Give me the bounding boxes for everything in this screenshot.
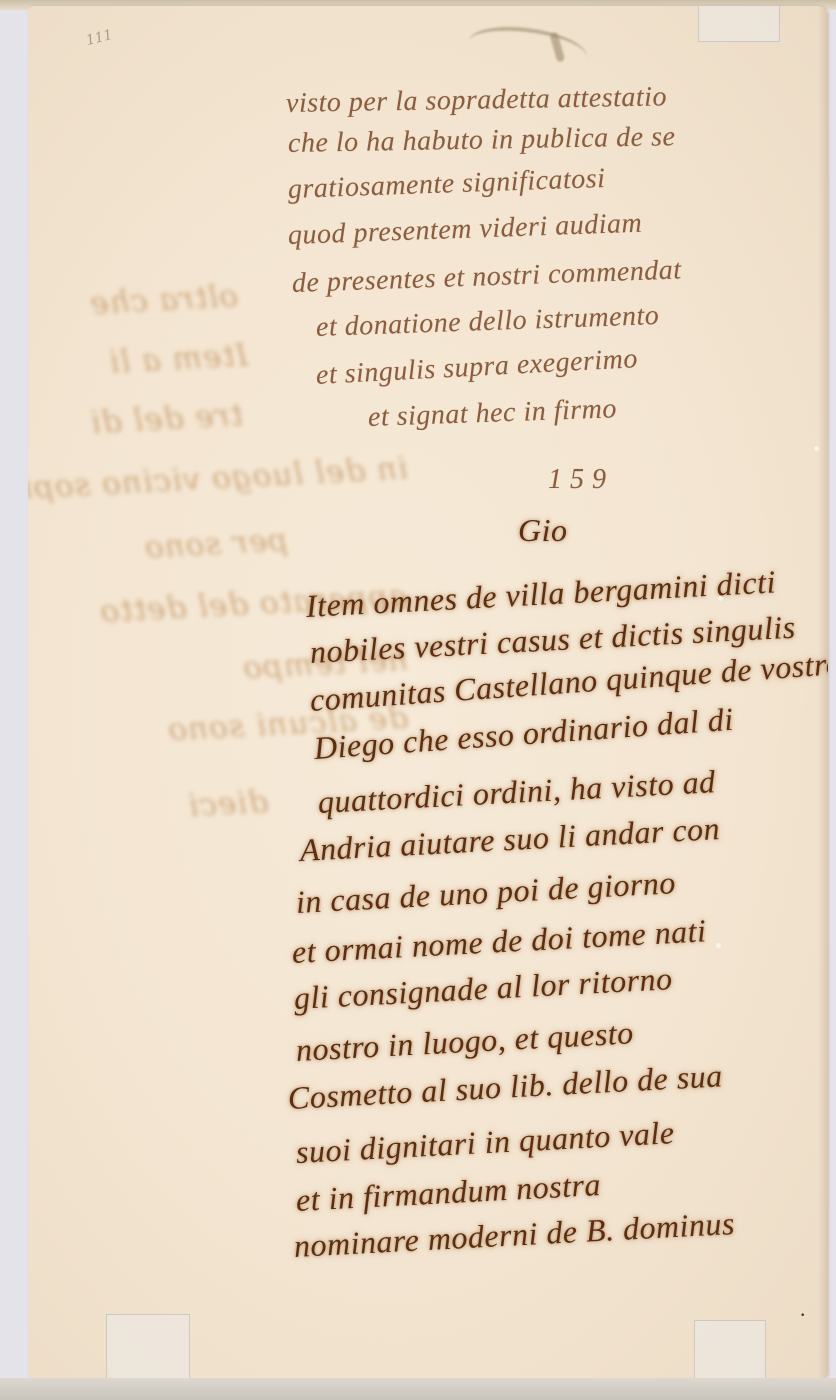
repair-tape — [106, 1314, 190, 1378]
manuscript-line: Cosmetto al suo lib. dello de sua — [287, 1057, 723, 1117]
manuscript-line: che lo ha habuto in publica de se — [288, 121, 676, 160]
scan-backing-bottom — [0, 1378, 836, 1400]
manuscript-line: gratiosamente significatosi — [287, 163, 606, 206]
manuscript-line: suoi dignitari in quanto vale — [295, 1114, 675, 1171]
manuscript-line: 1 5 9 — [548, 464, 607, 496]
bleed-through-line: per sono — [143, 522, 289, 565]
bleed-through-line: in del luogo vicino sopra — [28, 450, 409, 507]
bleed-through-line: dieci — [187, 784, 269, 824]
repair-tape — [698, 6, 780, 42]
bleed-through-line: Item a li — [108, 337, 249, 380]
manuscript-line: et in firmandum nostra — [295, 1166, 602, 1219]
repair-tape — [694, 1320, 766, 1378]
water-stain — [467, 24, 590, 76]
manuscript-line: Andria aiutare suo li andar con — [299, 810, 721, 869]
manuscript-line: nostro in luogo, et questo — [295, 1014, 635, 1069]
paper-hole — [814, 446, 819, 451]
manuscript-line: et donatione dello istrumento — [315, 300, 659, 344]
bleed-through-line: oltra che — [88, 278, 239, 322]
bleed-through-line: tre del di — [89, 397, 244, 441]
manuscript-line: et singulis supra exegerimo — [315, 343, 638, 392]
manuscript-line: de presentes et nostri commendat — [291, 254, 682, 300]
manuscript-page: 111 oltra cheItem a litre del diin del l… — [28, 6, 828, 1378]
manuscript-line: in casa de uno poi de giorno — [295, 864, 677, 921]
paper-hole — [716, 943, 721, 948]
manuscript-line: visto per la sopradetta attestatio — [286, 81, 668, 120]
paper-hole — [718, 596, 723, 601]
manuscript-line: et signat hec in firmo — [367, 393, 617, 434]
page-edge-shadow — [818, 6, 828, 1378]
manuscript-line: Gio — [518, 512, 568, 549]
manuscript-line: gli consignade al lor ritorno — [293, 960, 673, 1017]
manuscript-line: quod presentem videri audiam — [287, 208, 642, 252]
marginal-mark: . — [801, 1296, 807, 1322]
scan-backing-left — [0, 0, 30, 1400]
folio-number: 111 — [84, 27, 114, 49]
